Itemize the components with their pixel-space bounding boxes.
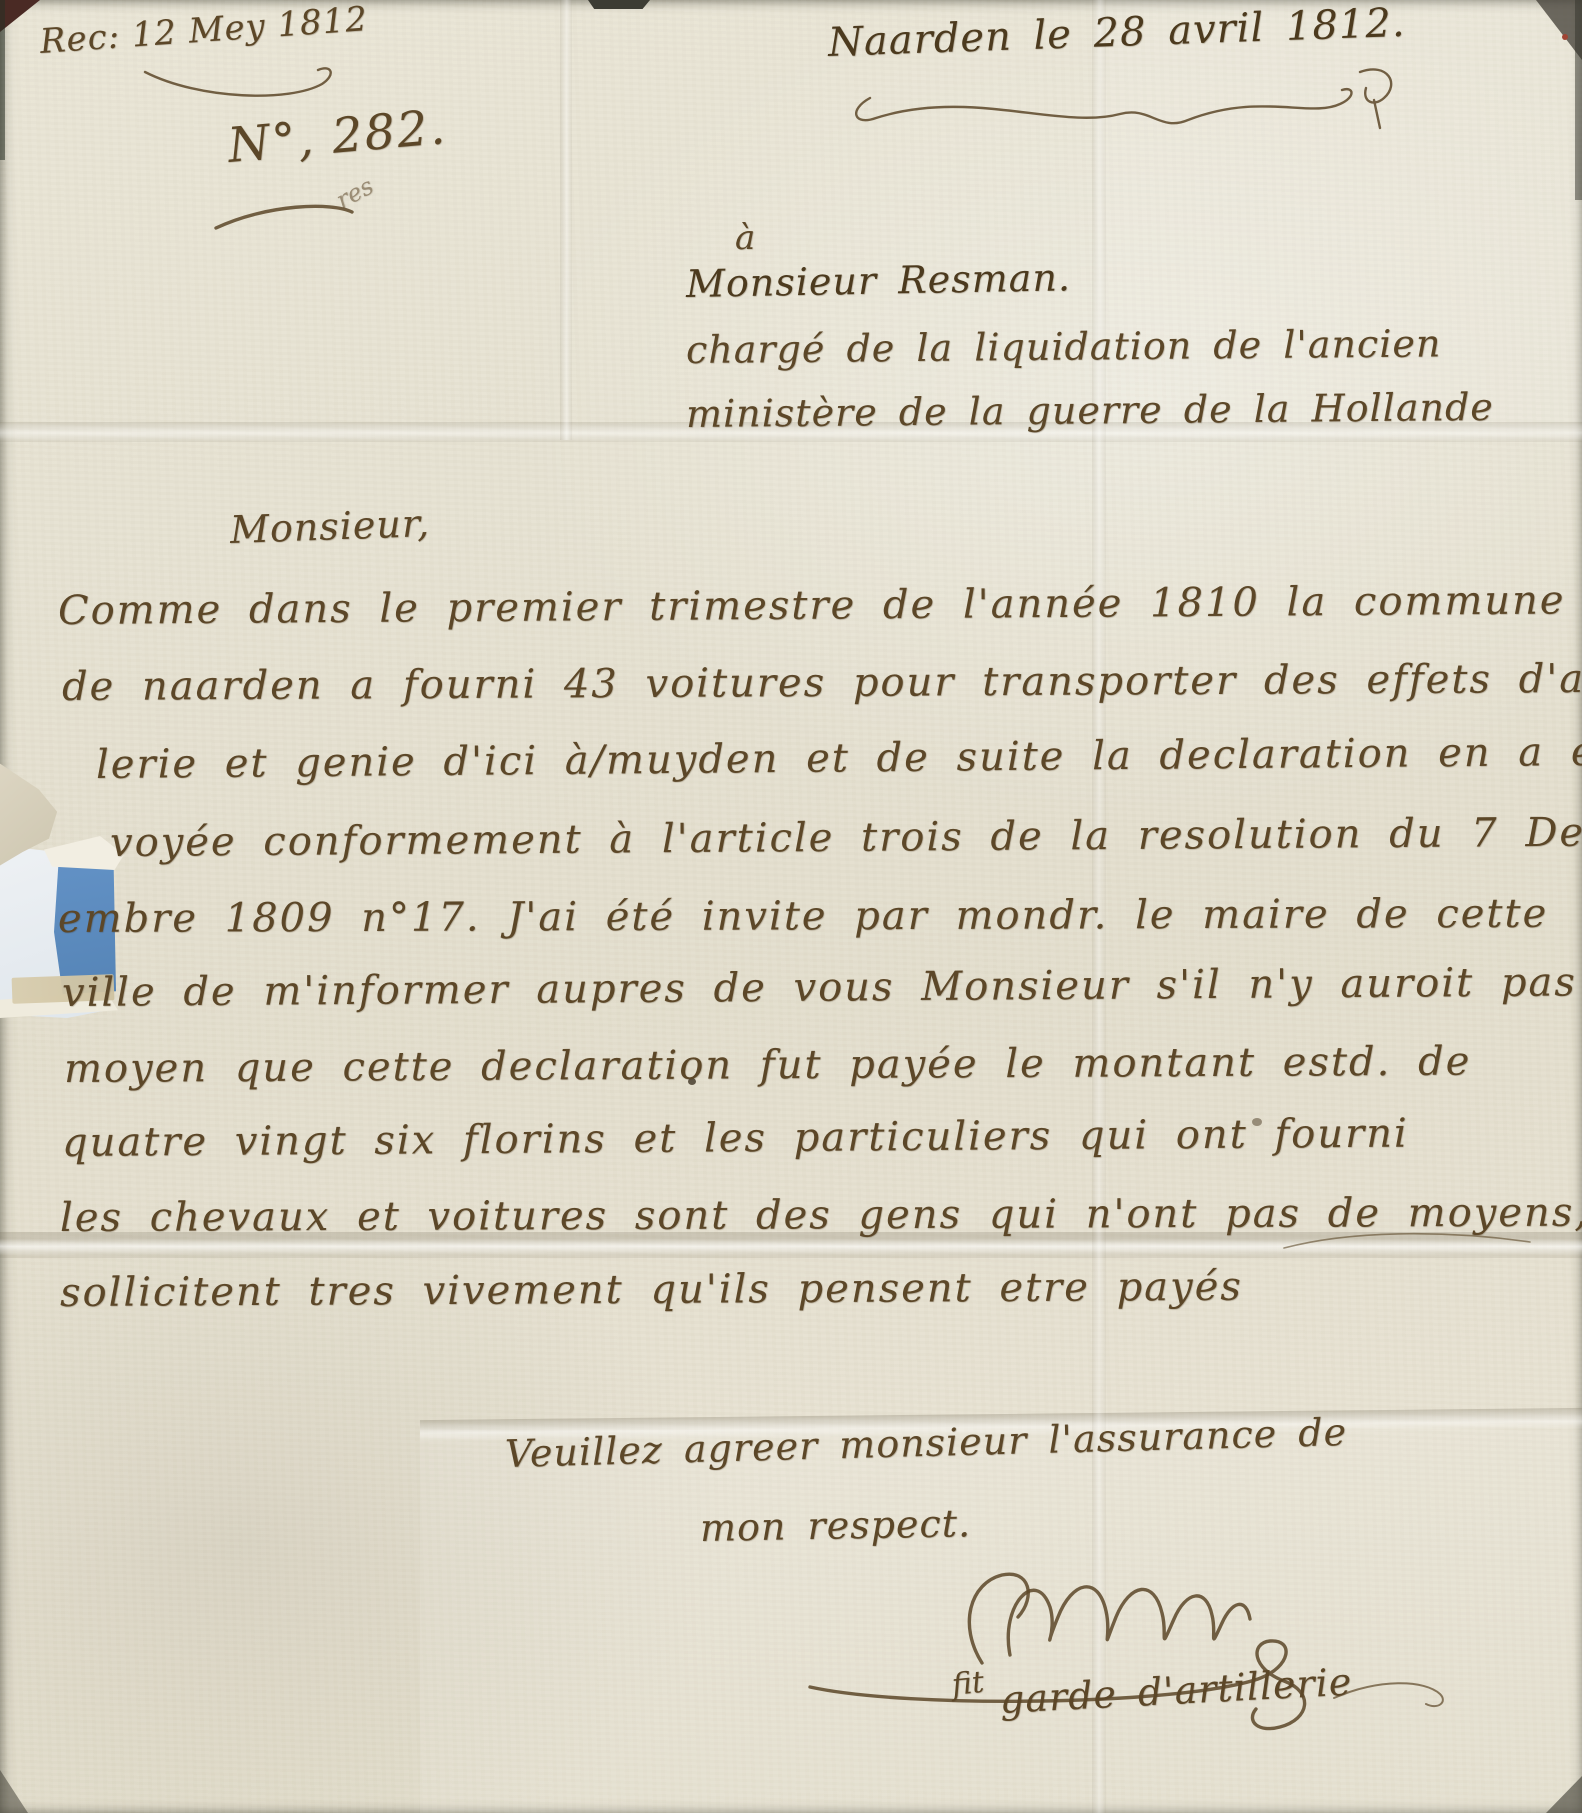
recipient-role-line: chargé de la liquidation de l'ancien <box>686 321 1442 372</box>
ink-speck <box>1562 34 1568 40</box>
body-line: de naarden a fourni 43 voitures pour tra… <box>62 656 1582 710</box>
closing-line: mon respect. <box>700 1501 972 1550</box>
letter-scan: Rec: 12 Mey 1812 N°, 282. res Naarden le… <box>0 0 1582 1813</box>
recipient-name: Monsieur Resman. <box>686 255 1072 306</box>
body-line: sollicitent tres vivement qu'ils pensent… <box>60 1264 1243 1316</box>
body-line: les chevaux et voitures sont des gens qu… <box>60 1189 1582 1241</box>
salutation: Monsieur, <box>229 501 430 552</box>
signature-title-prefix: fit <box>950 1665 986 1703</box>
body-line: quatre vingt six florins et les particul… <box>62 1111 1409 1166</box>
body-line: embre 1809 n°17. J'ai été invite par mon… <box>58 891 1548 942</box>
recipient-role-line: ministère de la guerre de la Hollande <box>686 385 1494 436</box>
address-prefix: à <box>735 218 756 258</box>
body-line: moyen que cette declaration fut payée le… <box>64 1039 1472 1092</box>
